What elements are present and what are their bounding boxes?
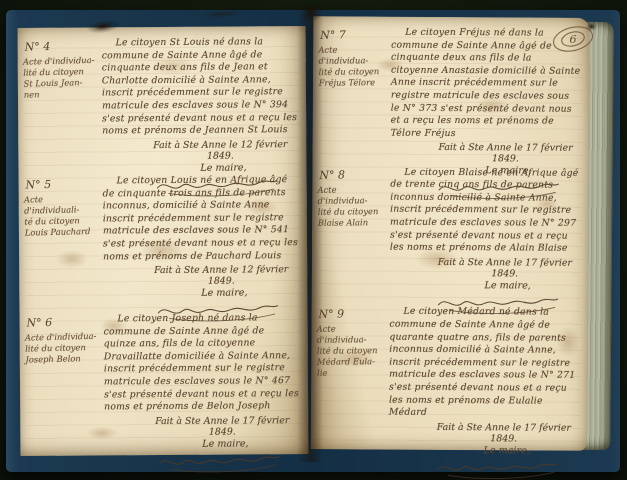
act-entry-9: N° 9 Acte d'individua- lité du citoyen M… bbox=[317, 304, 580, 445]
act-entry-5: N° 5 Acte d'individuali- té du citoyen L… bbox=[25, 172, 300, 312]
act-number: N° 8 bbox=[319, 168, 383, 182]
act-dateline: Fait à Ste Anne le 17 février 1849. bbox=[104, 415, 300, 438]
left-page: N° 4 Acte d'individua- lité du citoyen S… bbox=[18, 26, 309, 456]
mayor-title: Le maire, bbox=[390, 279, 580, 291]
mayor-title: Le maire, bbox=[103, 287, 299, 299]
right-page-acts: N° 7 Acte d'individua- lité du citoyen F… bbox=[317, 24, 582, 445]
act-entry-8: N° 8 Acte d'individua- lité du citoyen B… bbox=[318, 164, 581, 305]
act-main: Le citoyen Médard né dans la commune de … bbox=[389, 304, 580, 445]
act-dateline: Fait à Ste Anne le 12 février 1849. bbox=[103, 264, 299, 287]
act-margin: N° 5 Acte d'individuali- té du citoyen L… bbox=[23, 173, 98, 313]
right-page: N° 7 Acte d'individua- lité du citoyen F… bbox=[311, 16, 590, 451]
act-dateline: Fait à Ste Anne le 12 février 1849. bbox=[102, 139, 298, 162]
act-margin: N° 6 Acte d'individua- lité du citoyen J… bbox=[24, 311, 99, 451]
act-body-text: Le citoyen Blaise né en Afrique âgé de t… bbox=[390, 166, 581, 255]
act-number: N° 6 bbox=[26, 315, 96, 330]
mayor-signature bbox=[152, 450, 284, 475]
folio-number: 6 bbox=[569, 32, 576, 46]
act-body-text: Le citoyen St Louis né dans la commune d… bbox=[102, 36, 299, 138]
act-margin-note: Acte d'individua- lité du citoyen Médard… bbox=[317, 323, 384, 379]
act-margin-note: Acte d'individua- lité du citoyen St Lou… bbox=[23, 55, 96, 101]
act-number: N° 7 bbox=[320, 28, 384, 42]
act-margin-note: Acte d'individua- lité du citoyen Joseph… bbox=[25, 331, 98, 366]
act-number: N° 9 bbox=[318, 307, 382, 321]
act-number: N° 4 bbox=[24, 39, 94, 54]
mayor-title: Le maire, bbox=[389, 444, 579, 456]
act-margin: N° 9 Acte d'individua- lité du citoyen M… bbox=[316, 303, 384, 443]
act-entry-6: N° 6 Acte d'individua- lité du citoyen J… bbox=[25, 310, 300, 450]
mayor-signature bbox=[430, 457, 562, 480]
folio-number-mark: 6 bbox=[550, 20, 596, 58]
act-margin: N° 4 Acte d'individua- lité du citoyen S… bbox=[22, 35, 97, 175]
left-page-acts: N° 4 Acte d'individua- lité du citoyen S… bbox=[24, 34, 301, 450]
act-entry-7: N° 7 Acte d'individua- lité du citoyen F… bbox=[318, 24, 581, 165]
act-margin: N° 7 Acte d'individua- lité du citoyen F… bbox=[318, 24, 386, 164]
act-number: N° 5 bbox=[25, 177, 95, 192]
act-dateline: Fait à Ste Anne le 17 février 1849. bbox=[390, 142, 580, 165]
scanned-register-photo: N° 4 Acte d'individua- lité du citoyen S… bbox=[0, 0, 627, 480]
act-body-text: Le citoyen Louis né en Afrique âgé de ci… bbox=[103, 174, 300, 264]
act-main: Le citoyen Joseph né dans la commune de … bbox=[103, 310, 300, 449]
act-main: Le citoyen St Louis né dans la commune d… bbox=[102, 34, 299, 173]
act-body-text: Le citoyen Médard né dans la commune de … bbox=[389, 306, 580, 421]
act-margin-note: Acte d'individua- lité du citoyen Fréjus… bbox=[318, 44, 384, 89]
act-margin: N° 8 Acte d'individua- lité du citoyen B… bbox=[317, 164, 385, 304]
act-main: Le citoyen Louis né en Afrique âgé de ci… bbox=[103, 172, 300, 311]
act-main: Le citoyen Blaise né en Afrique âgé de t… bbox=[390, 164, 581, 305]
mayor-title: Le maire, bbox=[104, 438, 300, 450]
act-dateline: Fait à Ste Anne le 17 février 1849. bbox=[390, 256, 580, 279]
act-body-text: Le citoyen Joseph né dans la commune de … bbox=[104, 312, 301, 414]
act-dateline: Fait à Ste Anne le 17 février 1849. bbox=[389, 421, 579, 444]
act-margin-note: Acte d'individua- lité du citoyen Blaise… bbox=[317, 184, 383, 229]
act-margin-note: Acte d'individuali- té du citoyen Louis … bbox=[24, 193, 97, 239]
act-entry-4: N° 4 Acte d'individua- lité du citoyen S… bbox=[24, 34, 299, 174]
